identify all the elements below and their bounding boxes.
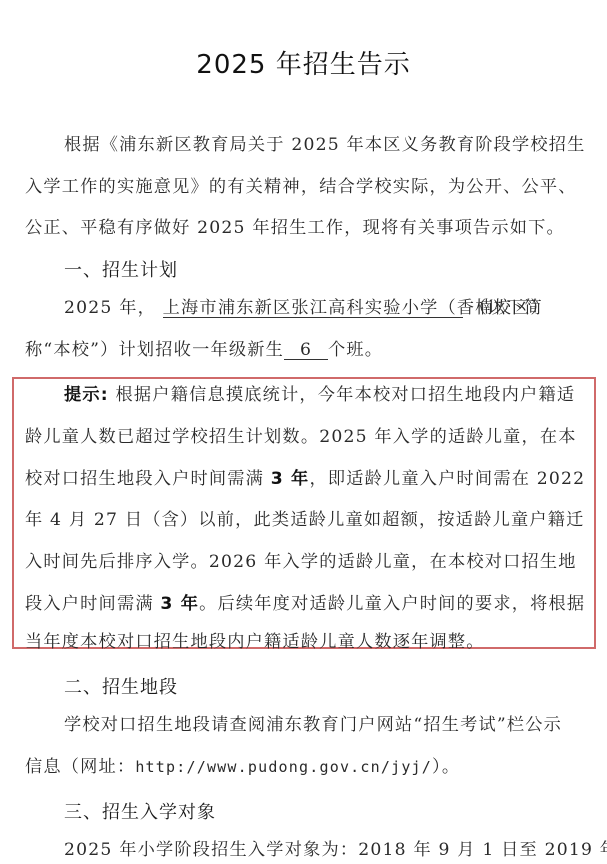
section-3-line-1: 2025 年小学阶段招生入学对象为：2018 年 9 月 1 日至 2019 年… <box>64 840 584 860</box>
intro-line-1: 根据《浦东新区教育局关于 2025 年本区义务教育阶段学校招生 <box>64 135 584 155</box>
intro-line-3: 公正、平稳有序做好 2025 年招生工作，现将有关事项告示如下。 <box>25 218 585 238</box>
class-count: 6 <box>284 341 328 360</box>
page-title: 2025 年招生告示 <box>0 44 607 81</box>
intro-line-2: 入学工作的实施意见》的有关精神，结合学校实际，为公开、公平、 <box>25 177 585 197</box>
notice-label: 提示: <box>64 385 109 405</box>
year-prefix: 2025 年， <box>64 298 156 318</box>
notice-line-7: 当年度本校对口招生地段内户籍适龄儿童人数逐年调整。 <box>25 632 585 652</box>
abbrev-suffix: （以下简 <box>469 298 543 318</box>
notice-line-2: 龄儿童人数已超过学校招生计划数。2025 年入学的适龄儿童，在本 <box>25 427 585 447</box>
notice-line-5: 入时间先后排序入学。2026 年入学的适龄儿童，在本校对口招生地 <box>25 552 585 572</box>
url-suffix: ）。 <box>432 757 460 777</box>
school-name: 上海市浦东新区张江高科实验小学（香楠校区） <box>163 299 463 318</box>
notice-bold-6: 3 年 <box>160 594 199 614</box>
notice-bold-3: 3 年 <box>271 469 310 489</box>
notice-text-3a: 校对口招生地段入户时间需满 <box>25 469 271 489</box>
section-1-line-1: 2025 年， 上海市浦东新区张江高科实验小学（香楠校区） （以下简 <box>64 298 584 318</box>
section-1-heading: 一、招生计划 <box>64 256 178 282</box>
notice-text-6b: 。后续年度对适龄儿童入户时间的要求，将根据 <box>199 594 585 614</box>
section-3-heading: 三、招生入学对象 <box>64 798 216 824</box>
notice-line-4: 年 4 月 27 日（含）以前，此类适龄儿童如超额，按适龄儿童户籍迁 <box>25 510 585 530</box>
section-2-line-1: 学校对口招生地段请查阅浦东教育门户网站“招生考试”栏公示 <box>64 715 584 735</box>
notice-text-6a: 段入户时间需满 <box>25 594 160 614</box>
notice-text-1: 根据户籍信息摸底统计，今年本校对口招生地段内户籍适 <box>116 385 576 405</box>
notice-line-6: 段入户时间需满 3 年。后续年度对适龄儿童入户时间的要求，将根据 <box>25 594 585 614</box>
notice-line-3: 校对口招生地段入户时间需满 3 年，即适龄儿童入户时间需在 2022 <box>25 469 585 489</box>
class-unit: 个班。 <box>328 340 383 360</box>
notice-text-3b: ，即适龄儿童入户时间需在 2022 <box>309 469 585 489</box>
website-link[interactable]: http://www.pudong.gov.cn/jyj/ <box>135 758 432 776</box>
url-prefix: 信息（网址： <box>25 757 135 777</box>
section-2-line-2: 信息（网址：http://www.pudong.gov.cn/jyj/）。 <box>25 757 585 777</box>
section-1-line-2: 称“本校”）计划招收一年级新生6个班。 <box>25 340 585 360</box>
abbrev-text: 称“本校”）计划招收一年级新生 <box>25 340 284 360</box>
section-2-heading: 二、招生地段 <box>64 673 178 699</box>
notice-line-1: 提示: 根据户籍信息摸底统计，今年本校对口招生地段内户籍适 <box>64 385 584 405</box>
